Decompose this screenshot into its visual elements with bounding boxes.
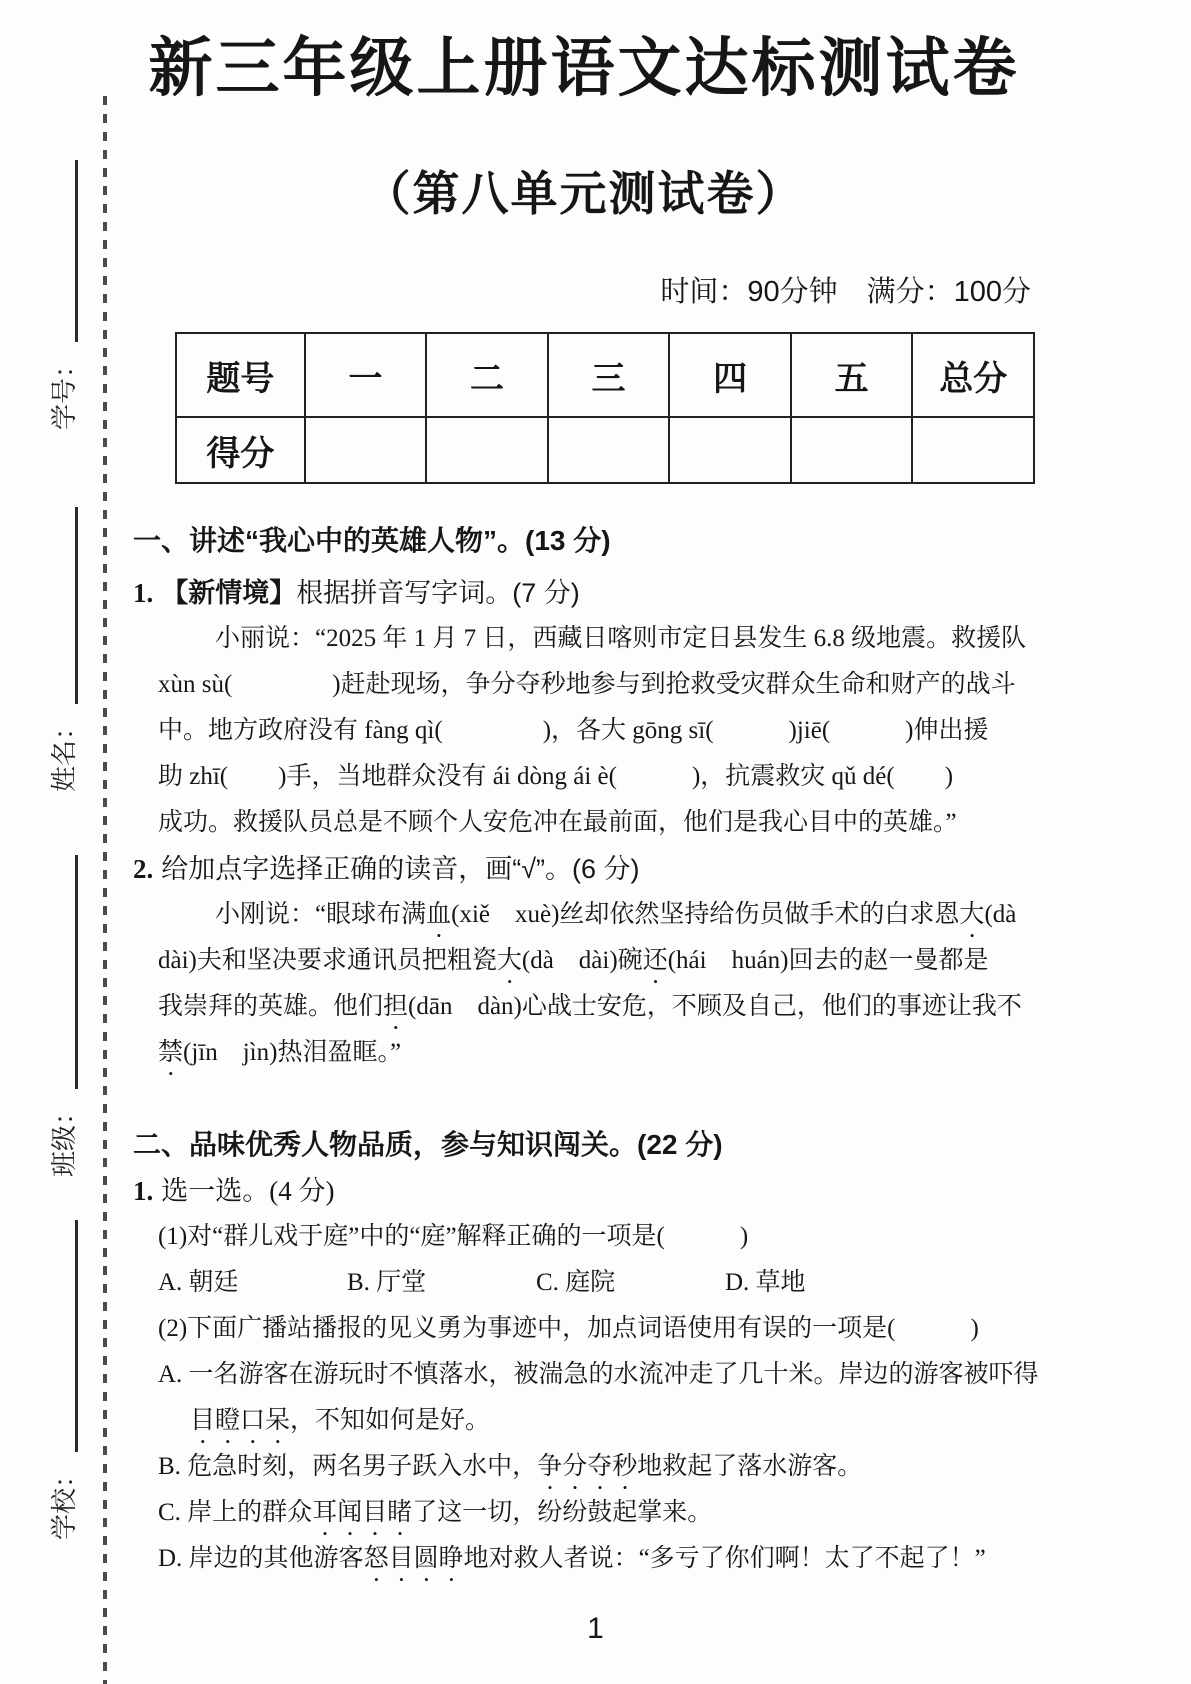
score-table-header-cell: 一 bbox=[305, 333, 427, 417]
option-d: D. 草地 bbox=[725, 1260, 806, 1306]
option-b-line: B. 危急时刻，两名男子跃入水中，争分夺秒地救起了落水游客。 bbox=[158, 1444, 1035, 1490]
section-2-heading: 二、品味优秀人物品质，参与知识闯关。(22 分) bbox=[133, 1122, 1035, 1168]
choose-question-stem: 1.选一选。(4 分) bbox=[133, 1168, 1035, 1214]
score-cell bbox=[912, 417, 1034, 483]
score-table-header-cell: 二 bbox=[426, 333, 548, 417]
paragraph-line: dài)夫和坚决要求通讯员把粗瓷大(dà dài)碗还(hái huán)回去的… bbox=[158, 938, 1035, 984]
sub-question-2-stem: (2)下面广播站播报的见义勇为事迹中，加点词语使用有误的一项是( ) bbox=[158, 1306, 1035, 1352]
score-table-header-cell: 五 bbox=[791, 333, 913, 417]
pinyin-paragraph: 小丽说：“2025 年 1 月 7 日，西藏日喀则市定日县发生 6.8 级地震。… bbox=[158, 616, 1035, 846]
paragraph-line: 中。地方政府没有 fàng qì( )，各大 gōng sī( )jiē( )伸… bbox=[158, 708, 1035, 754]
exam-paper-page: 学号： 姓名： 班级： 学校： 新三年级上册语文达标测试卷 （第八单元测试卷） … bbox=[0, 0, 1191, 1684]
paragraph-line: xùn sù( )赶赴现场，争分夺秒地参与到抢救受灾群众生命和财产的战斗 bbox=[158, 662, 1035, 708]
question-1-stem: 1.【新情境】根据拼音写字词。(7 分) bbox=[133, 570, 1035, 616]
option-a-line-1: A. 一名游客在游玩时不慎落水，被湍急的水流冲走了几十米。岸边的游客被吓得 bbox=[158, 1352, 1035, 1398]
student-id-field: 学号： bbox=[34, 160, 78, 430]
paragraph-line: 我崇拜的英雄。他们担(dān dàn)心战士安危，不顾及自己，他们的事迹让我不 bbox=[158, 984, 1035, 1030]
school-field: 学校： bbox=[34, 1220, 78, 1540]
score-row-label: 得分 bbox=[176, 417, 305, 483]
school-label: 学校： bbox=[50, 1462, 78, 1540]
class-field: 班级： bbox=[34, 855, 78, 1177]
question-text: 给加点字选择正确的读音，画“√”。(6 分) bbox=[161, 854, 639, 884]
score-cell bbox=[791, 417, 913, 483]
question-number: 1. bbox=[133, 578, 153, 608]
score-table-header-cell: 题号 bbox=[176, 333, 305, 417]
paragraph-line: 禁(jīn jìn)热泪盈眶。” bbox=[158, 1030, 1035, 1076]
student-name-label: 姓名： bbox=[50, 714, 78, 792]
fold-dashed-line bbox=[103, 96, 107, 1684]
section-1-heading: 一、讲述“我心中的英雄人物”。(13 分) bbox=[133, 518, 1035, 564]
option-c-line: C. 岸上的群众耳闻目睹了这一切，纷纷鼓起掌来。 bbox=[158, 1490, 1035, 1536]
option-c: C. 庭院 bbox=[536, 1260, 725, 1306]
paper-subtitle: （第八单元测试卷） bbox=[133, 162, 1035, 226]
score-table-header-cell: 四 bbox=[669, 333, 791, 417]
question-number: 1. bbox=[133, 1176, 153, 1206]
paragraph-line: 成功。救援队员总是不顾个人安危冲在最前面，他们是我心目中的英雄。” bbox=[158, 800, 1035, 846]
class-label: 班级： bbox=[50, 1099, 78, 1177]
option-b: B. 厅堂 bbox=[347, 1260, 536, 1306]
new-scenario-tag: 【新情境】 bbox=[161, 578, 296, 608]
score-table-header-cell: 三 bbox=[548, 333, 670, 417]
score-cell bbox=[305, 417, 427, 483]
student-id-label: 学号： bbox=[50, 352, 78, 430]
sub-question-1-stem: (1)对“群儿戏于庭”中的“庭”解释正确的一项是( ) bbox=[158, 1214, 1035, 1260]
paper-title: 新三年级上册语文达标测试卷 bbox=[133, 26, 1035, 110]
paragraph-line: 小丽说：“2025 年 1 月 7 日，西藏日喀则市定日县发生 6.8 级地震。… bbox=[158, 616, 1035, 662]
pronunciation-paragraph: 小刚说：“眼球布满血(xiě xuè)丝却依然坚持给伤员做手术的白求恩大(dà … bbox=[158, 892, 1035, 1076]
option-a: A. 朝廷 bbox=[158, 1260, 347, 1306]
question-number: 2. bbox=[133, 854, 153, 884]
write-in-line bbox=[67, 855, 78, 1089]
time-score-info: 时间：90分钟 满分：100分 bbox=[133, 270, 1035, 314]
option-d-line: D. 岸边的其他游客怒目圆睁地对救人者说：“多亏了你们啊！太了不起了！” bbox=[158, 1536, 1035, 1582]
score-table-header-cell: 总分 bbox=[912, 333, 1034, 417]
question-text: 根据拼音写字词。(7 分) bbox=[296, 578, 580, 608]
paragraph-line: 助 zhī( )手，当地群众没有 ái dòng ái è( )，抗震救灾 qǔ… bbox=[158, 754, 1035, 800]
question-text: 选一选。(4 分) bbox=[161, 1176, 334, 1206]
write-in-line bbox=[67, 160, 78, 342]
sub-question-2-options: A. 一名游客在游玩时不慎落水，被湍急的水流冲走了几十米。岸边的游客被吓得 目瞪… bbox=[158, 1352, 1035, 1582]
page-number: 1 bbox=[0, 1612, 1191, 1646]
question-2-stem: 2.给加点字选择正确的读音，画“√”。(6 分) bbox=[133, 846, 1035, 892]
score-cell bbox=[426, 417, 548, 483]
write-in-line bbox=[67, 1220, 78, 1452]
option-a-line-2: 目瞪口呆，不知如何是好。 bbox=[190, 1398, 1035, 1444]
paper-content: 新三年级上册语文达标测试卷 （第八单元测试卷） 时间：90分钟 满分：100分 … bbox=[133, 0, 1035, 1582]
score-cell bbox=[548, 417, 670, 483]
write-in-line bbox=[67, 507, 78, 704]
score-cell bbox=[669, 417, 791, 483]
score-table: 题号 一 二 三 四 五 总分 得分 bbox=[175, 332, 1035, 484]
student-name-field: 姓名： bbox=[34, 507, 78, 792]
paragraph-line: 小刚说：“眼球布满血(xiě xuè)丝却依然坚持给伤员做手术的白求恩大(dà bbox=[158, 892, 1035, 938]
sub-question-1-options: A. 朝廷 B. 厅堂 C. 庭院 D. 草地 bbox=[158, 1260, 1035, 1306]
